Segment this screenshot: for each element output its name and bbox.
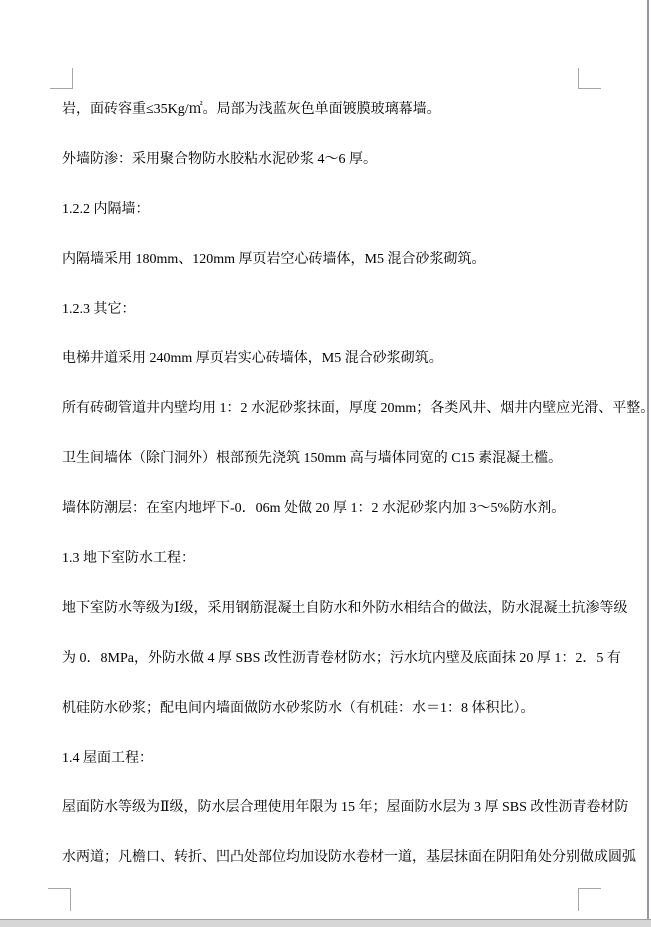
- doc-line-roof-waterproof-1[interactable]: 屋面防水等级为Ⅱ级，防水层合理使用年限为 15 年；屋面防水层为 3 厚 SBS…: [62, 783, 602, 833]
- page-bottom-edge: [0, 919, 651, 927]
- doc-line-partition-wall[interactable]: 内隔墙采用 180mm、120mm 厚页岩空心砖墙体，M5 混合砂浆砌筑。: [62, 235, 602, 285]
- doc-line-basement-waterproof-1[interactable]: 地下室防水等级为Ⅰ级，采用钢筋混凝土自防水和外防水相结合的做法，防水混凝土抗渗等…: [62, 584, 602, 634]
- doc-line-elevator-shaft[interactable]: 电梯井道采用 240mm 厚页岩实心砖墙体，M5 混合砂浆砌筑。: [62, 334, 602, 384]
- doc-line-exterior-wall-seepage[interactable]: 外墙防渗：采用聚合物防水胶粘水泥砂浆 4～6 厚。: [62, 135, 602, 185]
- doc-line-duct-shaft[interactable]: 所有砖砌管道井内壁均用 1：2 水泥砂浆抹面，厚度 20mm；各类风井、烟井内壁…: [62, 384, 602, 434]
- doc-heading-1-2-3[interactable]: 1.2.3 其它：: [62, 285, 602, 335]
- document-text-area: 岩，面砖容重≤35Kg/㎡。局部为浅蓝灰色单面镀膜玻璃幕墙。 外墙防渗：采用聚合…: [62, 85, 602, 883]
- doc-line-continuation[interactable]: 岩，面砖容重≤35Kg/㎡。局部为浅蓝灰色单面镀膜玻璃幕墙。: [62, 85, 602, 135]
- doc-heading-1-4[interactable]: 1.4 屋面工程：: [62, 734, 602, 784]
- doc-line-bathroom-wall[interactable]: 卫生间墙体（除门洞外）根部预先浇筑 150mm 高与墙体同宽的 C15 素混凝土…: [62, 434, 602, 484]
- page-right-edge: [647, 0, 649, 920]
- doc-line-basement-waterproof-3[interactable]: 机硅防水砂浆；配电间内墙面做防水砂浆防水（有机硅：水＝1：8 体积比）。: [62, 684, 602, 734]
- crop-mark-bottom-right-icon: [578, 888, 601, 911]
- doc-line-roof-waterproof-2[interactable]: 水两道；凡檐口、转折、凹凸处部位均加设防水卷材一道，基层抹面在阴阳角处分别做成圆…: [62, 833, 602, 883]
- crop-mark-bottom-left-icon: [48, 888, 71, 911]
- doc-line-damp-proof-course[interactable]: 墙体防潮层：在室内地坪下-0．06m 处做 20 厚 1：2 水泥砂浆内加 3～…: [62, 484, 602, 534]
- doc-line-basement-waterproof-2[interactable]: 为 0．8MPa，外防水做 4 厚 SBS 改性沥青卷材防水；污水坑内壁及底面抹…: [62, 634, 602, 684]
- doc-heading-1-3[interactable]: 1.3 地下室防水工程：: [62, 534, 602, 584]
- doc-heading-1-2-2[interactable]: 1.2.2 内隔墙：: [62, 185, 602, 235]
- document-page: 岩，面砖容重≤35Kg/㎡。局部为浅蓝灰色单面镀膜玻璃幕墙。 外墙防渗：采用聚合…: [0, 0, 651, 927]
